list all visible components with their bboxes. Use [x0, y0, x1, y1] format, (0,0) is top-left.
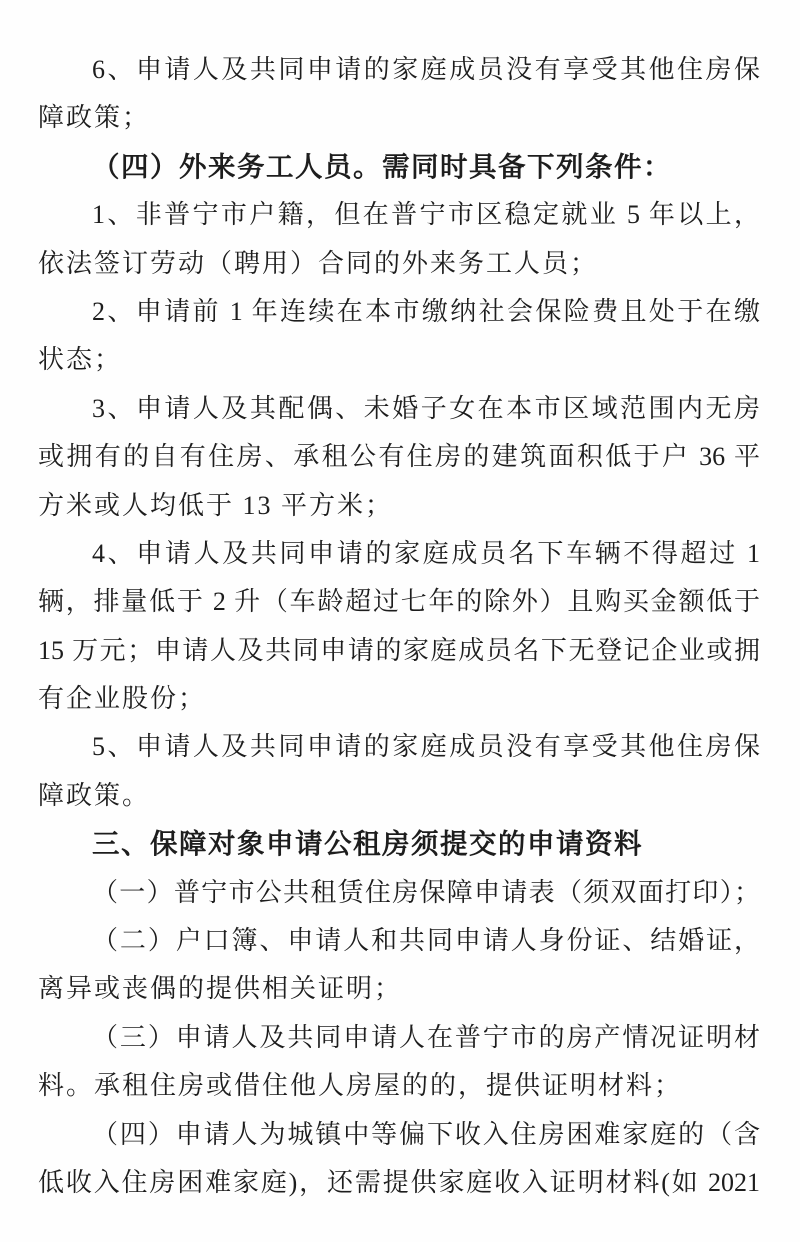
body-text-line: 料。承租住房或借住他人房屋的的，提供证明材料；	[38, 1062, 760, 1110]
body-text-line: 有企业股份；	[38, 675, 760, 723]
body-text-line: 或拥有的自有住房、承租公有住房的建筑面积低于户 36 平	[38, 433, 760, 481]
body-text-line: （三）申请人及共同申请人在普宁市的房产情况证明材	[38, 1014, 760, 1062]
body-text-line: 离异或丧偶的提供相关证明；	[38, 965, 760, 1013]
body-text-line: 依法签订劳动（聘用）合同的外来务工人员；	[38, 240, 760, 288]
body-text-line: （四）申请人为城镇中等偏下收入住房困难家庭的（含	[38, 1111, 760, 1159]
body-text-line: 低收入住房困难家庭)，还需提供家庭收入证明材料(如 2021	[38, 1159, 760, 1207]
body-text-line: 6、申请人及共同申请的家庭成员没有享受其他住房保	[38, 46, 760, 94]
body-text-line: 15 万元；申请人及共同申请的家庭成员名下无登记企业或拥	[38, 627, 760, 675]
body-text-line: 2、申请前 1 年连续在本市缴纳社会保险费且处于在缴	[38, 288, 760, 336]
section-heading-line: （四）外来务工人员。需同时具备下列条件：	[38, 143, 760, 191]
body-text-line: 1、非普宁市户籍，但在普宁市区稳定就业 5 年以上，	[38, 191, 760, 239]
body-text-line: 方米或人均低于 13 平方米；	[38, 482, 760, 530]
body-text-line: 状态；	[38, 336, 760, 384]
body-text-line: 4、申请人及共同申请的家庭成员名下车辆不得超过 1	[38, 530, 760, 578]
body-text-line: 辆，排量低于 2 升（车龄超过七年的除外）且购买金额低于	[38, 578, 760, 626]
section-heading-line: 三、保障对象申请公租房须提交的申请资料	[38, 820, 760, 868]
body-text-line: （二）户口簿、申请人和共同申请人身份证、结婚证，	[38, 917, 760, 965]
document-page: 6、申请人及共同申请的家庭成员没有享受其他住房保障政策；（四）外来务工人员。需同…	[0, 0, 800, 1242]
body-text-line: 3、申请人及其配偶、未婚子女在本市区域范围内无房	[38, 385, 760, 433]
body-text-line: 5、申请人及共同申请的家庭成员没有享受其他住房保	[38, 723, 760, 771]
body-text-line: （一）普宁市公共租赁住房保障申请表（须双面打印）；	[38, 869, 760, 917]
body-text-line: 障政策；	[38, 94, 760, 142]
document-lines: 6、申请人及共同申请的家庭成员没有享受其他住房保障政策；（四）外来务工人员。需同…	[38, 46, 760, 1207]
body-text-line: 障政策。	[38, 772, 760, 820]
